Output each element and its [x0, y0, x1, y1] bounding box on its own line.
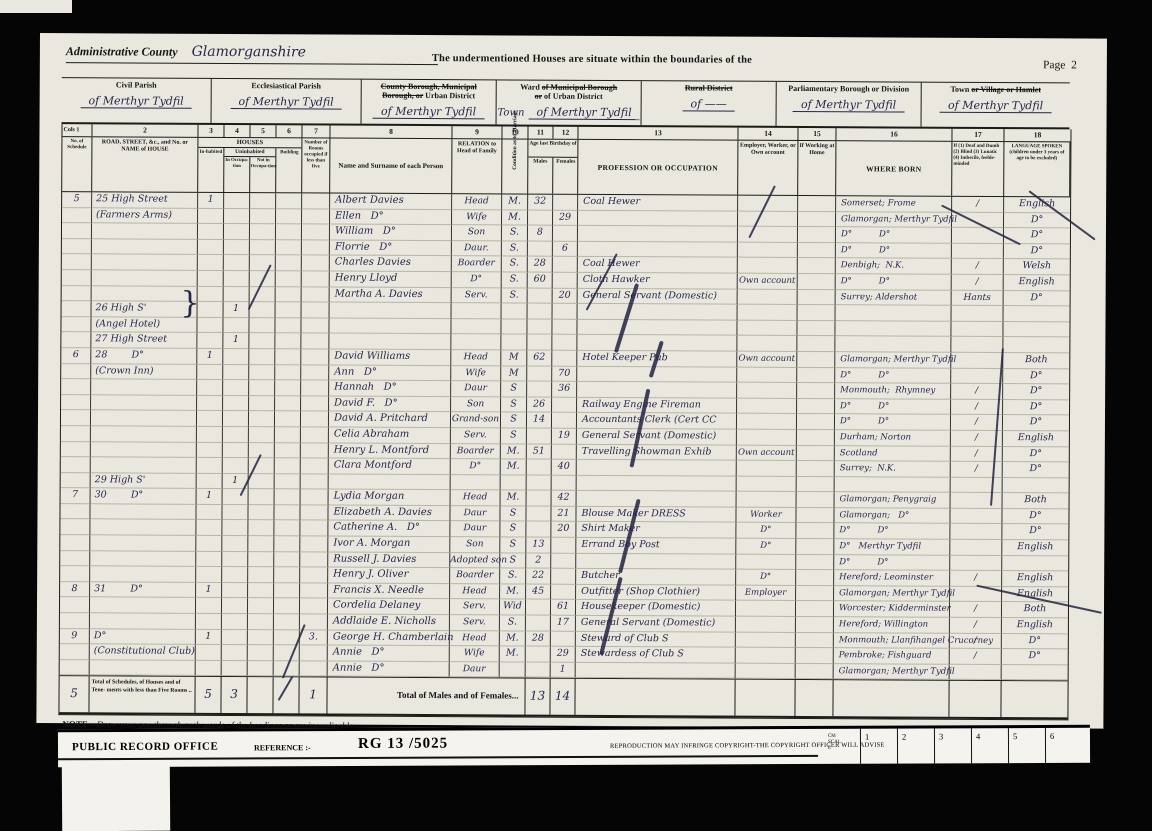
- cm-ruler: 123456: [860, 728, 1082, 764]
- cell-rel: Wife: [451, 366, 501, 382]
- cell-cond: M.: [501, 444, 527, 460]
- cell-occ: Railway Engine Fireman: [577, 398, 737, 414]
- cell-inh: [196, 598, 222, 614]
- cell-f: [552, 397, 577, 413]
- cell-sched: [61, 442, 91, 458]
- cell-notocc: [250, 302, 276, 318]
- cell-unocc: [223, 411, 249, 427]
- cell-occ: [578, 304, 738, 320]
- cell-inh: [196, 614, 222, 630]
- cell-rooms: [301, 443, 329, 459]
- cell-f: 40: [552, 460, 577, 476]
- cell-cond: S.: [502, 241, 528, 257]
- cell-lang: Both: [1002, 602, 1068, 618]
- district-ward: Ward of Municipal Borough or of Urban Di…: [497, 80, 642, 125]
- cell-f: 29: [553, 210, 578, 226]
- cell-rooms: [301, 380, 329, 396]
- cell-lang: D°: [1003, 369, 1069, 385]
- cell-notocc: [248, 614, 274, 630]
- cell-sched: [61, 473, 91, 489]
- cell-notocc: [249, 396, 275, 412]
- cell-occ: [577, 320, 737, 336]
- cell-f: [552, 413, 577, 429]
- cell-cond: M.: [502, 210, 528, 226]
- cell-lang: Both: [1003, 493, 1069, 509]
- total-inhabited: 5: [195, 677, 221, 713]
- cell-rel: Boarder: [451, 444, 501, 460]
- cell-cond: [501, 335, 527, 351]
- cell-emp: [737, 492, 797, 508]
- cell-rooms: [300, 583, 328, 599]
- cell-name: Henry Lloyd: [330, 271, 452, 287]
- cell-born: [835, 337, 951, 353]
- cell-inf: /: [950, 633, 1002, 649]
- cell-inf: [951, 337, 1003, 353]
- cell-f: [553, 195, 578, 211]
- cell-cond: S.: [502, 257, 528, 273]
- cell-inh: [197, 474, 223, 490]
- cell-unocc: [224, 224, 250, 240]
- cell-occ: [577, 476, 737, 492]
- cell-home: [798, 212, 836, 228]
- cell-inf: [950, 555, 1002, 571]
- cell-inh: [198, 255, 224, 271]
- cell-inh: [196, 567, 222, 583]
- cell-name: Celia Abraham: [329, 427, 451, 443]
- cell-born: Hereford; Leominster: [834, 570, 950, 586]
- cell-bldg: [274, 521, 300, 537]
- cell-occ: Blouse Maker DRESS: [576, 507, 736, 523]
- district-town: Town or Village or Hamlet of Merthyr Tyd…: [922, 83, 1070, 128]
- cell-unocc: [222, 661, 248, 677]
- total-unoccupied: 3: [221, 677, 247, 713]
- cell-m: 22: [526, 569, 551, 585]
- cell-m: 62: [527, 350, 552, 366]
- cell-f: 6: [553, 241, 578, 257]
- cell-f: 42: [552, 491, 577, 507]
- cell-m: [528, 288, 553, 304]
- cell-rooms: [301, 474, 329, 490]
- cell-born: Pembroke; Fishguard: [834, 648, 950, 664]
- cell-born: [835, 477, 951, 493]
- cell-rooms: [302, 225, 330, 241]
- cell-road: [91, 457, 197, 473]
- cell-name: Hannah D°: [329, 381, 451, 397]
- cell-rel: Serv.: [450, 600, 500, 616]
- cell-lang: D°: [1002, 509, 1068, 525]
- cell-home: [798, 196, 836, 212]
- cell-rooms: 3.: [300, 630, 328, 646]
- cell-name: [329, 474, 451, 490]
- cell-home: [798, 227, 836, 243]
- cell-emp: [738, 305, 798, 321]
- cell-cond: Wid: [500, 600, 526, 616]
- header-relation: RELATION to Head of Family: [452, 139, 502, 193]
- cm-scale-label: CM SCAL E: [828, 734, 841, 752]
- header-rooms: Number of Rooms occupied if less than fi…: [302, 138, 330, 192]
- cell-occ: [578, 210, 738, 226]
- cell-unocc: [224, 287, 250, 303]
- cell-lang: D°: [1004, 291, 1070, 307]
- cell-cond: S: [500, 522, 526, 538]
- cell-notocc: [248, 583, 274, 599]
- cell-m: [528, 304, 553, 320]
- header-males: Males: [528, 158, 553, 194]
- cell-rooms: [302, 271, 330, 287]
- cell-lang: D°: [1003, 384, 1069, 400]
- cell-road: 25 High Street: [92, 192, 198, 208]
- cell-rel: D°: [452, 272, 502, 288]
- cell-bldg: [275, 318, 301, 334]
- copyright-notice: REPRODUCTION MAY INFRINGE COPYRIGHT-THE …: [610, 742, 885, 750]
- cell-emp: [737, 383, 797, 399]
- cell-sched: [62, 286, 92, 302]
- cell-unocc: [222, 552, 248, 568]
- admin-county-value: Glamorganshire: [192, 44, 306, 61]
- strip-rule: [58, 755, 818, 760]
- cell-cond: [502, 304, 528, 320]
- cell-lang: English: [1002, 571, 1068, 587]
- cell-rel: [451, 335, 501, 351]
- cell-inh: [197, 411, 223, 427]
- cell-sched: [60, 535, 90, 551]
- cell-inf: [951, 477, 1003, 493]
- cell-road: [92, 223, 198, 239]
- cell-sched: [60, 598, 90, 614]
- cell-road: [90, 504, 196, 520]
- cell-occ: General Servant (Domestic): [578, 288, 738, 304]
- cell-unocc: [224, 193, 250, 209]
- cell-inf: [951, 353, 1003, 369]
- cell-born: D° D°: [834, 524, 950, 540]
- cell-home: [796, 586, 834, 602]
- cell-emp: [738, 258, 798, 274]
- cell-inf: /: [952, 259, 1004, 275]
- cell-home: [796, 633, 834, 649]
- cell-cond: M: [501, 350, 527, 366]
- cell-emp: [737, 336, 797, 352]
- cell-sched: [62, 223, 92, 239]
- cell-rel: [452, 303, 502, 319]
- header-schedule: No. of Schedule: [62, 137, 92, 191]
- cell-emp: [736, 554, 796, 570]
- header-females: Females: [553, 158, 578, 194]
- cell-cond: [501, 475, 527, 491]
- cell-lang: D°: [1003, 400, 1069, 416]
- district-rural: Rural District of ——: [642, 81, 777, 126]
- col-number: 13: [578, 127, 738, 140]
- col-number: 6: [276, 125, 302, 137]
- pro-office-label: PUBLIC RECORD OFFICE: [72, 741, 218, 754]
- cell-inh: [197, 427, 223, 443]
- cell-sched: [60, 520, 90, 536]
- cell-occ: [578, 226, 738, 242]
- col-number: Cols 1: [62, 124, 92, 136]
- cell-road: 28 D°: [91, 348, 197, 364]
- cell-occ: Steward of Club S: [576, 631, 736, 647]
- header-age-group: Age last Birthday of Males Females: [528, 140, 578, 194]
- cell-emp: [736, 648, 796, 664]
- cell-lang: D°: [1003, 415, 1069, 431]
- cell-rel: Head: [452, 194, 502, 210]
- cell-road: 31 D°: [90, 582, 196, 598]
- cell-rooms: [302, 240, 330, 256]
- cell-cond: S: [501, 397, 527, 413]
- cell-sched: [61, 426, 91, 442]
- cell-emp: Worker: [736, 508, 796, 524]
- cell-lang: [1003, 337, 1069, 353]
- cell-road: (Crown Inn): [91, 364, 197, 380]
- cell-rel: Daur: [450, 522, 500, 538]
- cell-cond: S.: [502, 272, 528, 288]
- cell-occ: [577, 366, 737, 382]
- cell-occ: Coal Hewer: [578, 195, 738, 211]
- cell-name: Annie D°: [328, 646, 450, 662]
- cell-emp: Own account: [738, 274, 798, 290]
- cell-notocc: [250, 240, 276, 256]
- cell-m: [527, 428, 552, 444]
- cell-inh: [196, 520, 222, 536]
- cell-cond: S.: [500, 615, 526, 631]
- cell-cond: S: [501, 382, 527, 398]
- cell-bldg: [275, 458, 301, 474]
- cell-rel: Head: [451, 350, 501, 366]
- total-females: 14: [550, 679, 575, 715]
- cell-inh: [197, 380, 223, 396]
- cell-inf: /: [952, 197, 1004, 213]
- cell-unocc: [224, 240, 250, 256]
- header-houses-group: HOUSES In-habited Uninhabited In Occupa-…: [198, 138, 302, 193]
- cell-f: 21: [551, 507, 576, 523]
- cell-emp: [736, 632, 796, 648]
- cell-occ: Errand Boy Post: [576, 538, 736, 554]
- cell-m: 14: [527, 413, 552, 429]
- cell-name: [330, 303, 452, 319]
- ruler-cell: 5: [1008, 728, 1045, 763]
- cell-emp: [736, 601, 796, 617]
- cell-f: [552, 351, 577, 367]
- cell-cond: M.: [501, 491, 527, 507]
- cell-lang: [1004, 306, 1070, 322]
- cell-name: Charles Davies: [330, 256, 452, 272]
- cell-born: Durham; Norton: [835, 430, 951, 446]
- cell-emp: D°: [736, 523, 796, 539]
- cell-inh: 1: [196, 583, 222, 599]
- cell-lang: D°: [1002, 525, 1068, 541]
- cell-home: [797, 414, 835, 430]
- cell-inf: [952, 306, 1004, 322]
- cell-inh: [197, 458, 223, 474]
- cell-inf: [952, 244, 1004, 260]
- cell-unocc: 1: [223, 333, 249, 349]
- cell-rel: Head: [450, 584, 500, 600]
- cell-occ: Coal Hewer: [578, 257, 738, 273]
- cell-inf: [951, 493, 1003, 509]
- cell-inh: [197, 318, 223, 334]
- cell-born: D° D°: [834, 555, 950, 571]
- cell-emp: Employer: [736, 585, 796, 601]
- cell-notocc: [249, 349, 275, 365]
- cell-unocc: [222, 505, 248, 521]
- cell-m: [526, 506, 551, 522]
- cell-rooms: [301, 412, 329, 428]
- col-number: 17: [952, 129, 1004, 141]
- admin-county-label: Administrative County: [66, 44, 178, 59]
- cell-lang: English: [1002, 618, 1068, 634]
- cell-bldg: [274, 536, 300, 552]
- cell-rooms: [300, 552, 328, 568]
- cell-inf: /: [950, 618, 1002, 634]
- cell-m: [527, 335, 552, 351]
- cell-name: Ivor A. Morgan: [328, 537, 450, 553]
- cell-notocc: [250, 193, 276, 209]
- cell-unocc: [223, 318, 249, 334]
- col-number: 11: [528, 127, 553, 139]
- cell-road: [92, 255, 198, 271]
- cell-emp: [737, 320, 797, 336]
- cell-lang: [1002, 665, 1068, 681]
- col-number: 9: [452, 126, 502, 138]
- cell-bldg: [274, 583, 300, 599]
- cell-lang: D°: [1003, 447, 1069, 463]
- cell-rooms: [300, 568, 328, 584]
- cell-m: [526, 522, 551, 538]
- cell-bldg: [276, 302, 302, 318]
- cell-sched: [62, 301, 92, 317]
- cell-m: [527, 382, 552, 398]
- cell-name: Addlaide E. Nicholls: [328, 615, 450, 631]
- cell-f: [551, 631, 576, 647]
- cell-unocc: [222, 583, 248, 599]
- totals-males-females-label: Total of Males and of Females...: [327, 678, 525, 715]
- cell-sched: [60, 566, 90, 582]
- cell-sched: [60, 613, 90, 629]
- cell-home: [797, 492, 835, 508]
- cell-inh: 1: [197, 489, 223, 505]
- cell-bldg: [274, 567, 300, 583]
- cell-m: 45: [526, 584, 551, 600]
- cell-born: Monmouth; Rhymney: [835, 383, 951, 399]
- cell-sched: [61, 457, 91, 473]
- cell-road: [91, 379, 197, 395]
- cell-unocc: [223, 349, 249, 365]
- cell-inf: Hants: [952, 290, 1004, 306]
- cell-rooms: [302, 193, 330, 209]
- cell-sched: [61, 364, 91, 380]
- total-rooms: 1: [299, 678, 327, 714]
- cell-home: [797, 352, 835, 368]
- cell-name: Ann D°: [329, 365, 451, 381]
- cell-notocc: [248, 630, 274, 646]
- cell-emp: [737, 476, 797, 492]
- header-employer: Employer, Worker, or Own account: [738, 141, 798, 195]
- cell-unocc: [223, 380, 249, 396]
- cell-occ: [576, 663, 736, 679]
- cell-f: 17: [551, 616, 576, 632]
- cell-home: [796, 617, 834, 633]
- header-language: LANGUAGE SPOKEN (children under 3 years …: [1004, 142, 1070, 196]
- cell-sched: [62, 208, 92, 224]
- cell-bldg: [275, 380, 301, 396]
- cell-notocc: [248, 645, 274, 661]
- cell-inf: [950, 665, 1002, 681]
- cell-rooms: [301, 458, 329, 474]
- cell-inh: [196, 645, 222, 661]
- cell-lang: [1003, 322, 1069, 338]
- cell-m: 26: [527, 397, 552, 413]
- cell-rel: Boarder: [450, 568, 500, 584]
- cell-occ: [576, 553, 736, 569]
- cell-born: Monmouth; Llanfihangel Crucorney: [834, 633, 950, 649]
- cell-sched: [61, 332, 91, 348]
- cell-emp: [737, 461, 797, 477]
- district-sections: Civil Parish of Merthyr Tydfil Ecclesias…: [62, 77, 1070, 129]
- cell-m: 60: [528, 273, 553, 289]
- cell-inf: [951, 368, 1003, 384]
- cell-name: Florrie D°: [330, 240, 452, 256]
- cell-inh: [196, 505, 222, 521]
- cell-cond: S: [500, 537, 526, 553]
- cell-occ: [577, 382, 737, 398]
- cell-notocc: [248, 599, 274, 615]
- total-schedules: 5: [59, 677, 89, 713]
- cell-bldg: [276, 240, 302, 256]
- cell-inh: [196, 661, 222, 677]
- cell-f: [553, 304, 578, 320]
- cell-inh: [197, 442, 223, 458]
- cell-lang: D°: [1003, 462, 1069, 478]
- cell-bldg: [276, 271, 302, 287]
- cell-bldg: [276, 193, 302, 209]
- col-number: 12: [553, 127, 578, 139]
- cell-road: (Farmers Arms): [92, 208, 198, 224]
- cell-inh: [197, 364, 223, 380]
- administrative-county: Administrative County Glamorganshire: [66, 42, 438, 65]
- col-number: 3: [198, 125, 224, 137]
- col-number: 16: [836, 128, 952, 141]
- cell-rooms: [302, 209, 330, 225]
- cell-cond: M.: [501, 460, 527, 476]
- cell-name: Clara Montford: [329, 459, 451, 475]
- cell-rel: Adopted son: [450, 553, 500, 569]
- cell-road: [90, 567, 196, 583]
- ruler-cell: 6: [1045, 728, 1082, 763]
- cell-m: [526, 647, 551, 663]
- cell-bldg: [275, 474, 301, 490]
- cell-rel: Son: [451, 397, 501, 413]
- cell-home: [798, 290, 836, 306]
- cell-road: [90, 520, 196, 536]
- cell-road: [91, 395, 197, 411]
- cell-emp: [738, 227, 798, 243]
- cell-occ: General Servant (Domestic): [576, 616, 736, 632]
- cell-born: D° D°: [836, 274, 952, 290]
- header-building: Building: [276, 148, 302, 192]
- cell-home: [798, 243, 836, 259]
- cell-home: [797, 445, 835, 461]
- col-number: 18: [1004, 129, 1070, 141]
- cell-notocc: [249, 318, 275, 334]
- cell-notocc: [248, 521, 274, 537]
- cell-name: David A. Pritchard: [329, 412, 451, 428]
- cell-rel: Daur: [450, 662, 500, 678]
- cell-f: [552, 319, 577, 335]
- cell-sched: 9: [60, 629, 90, 645]
- header-inhabited: In-habited: [198, 148, 224, 192]
- header-condition: Condition as to Marriage: [502, 139, 528, 193]
- cell-sched: [61, 395, 91, 411]
- cell-occ: Outfitter (Shop Clothier): [576, 585, 736, 601]
